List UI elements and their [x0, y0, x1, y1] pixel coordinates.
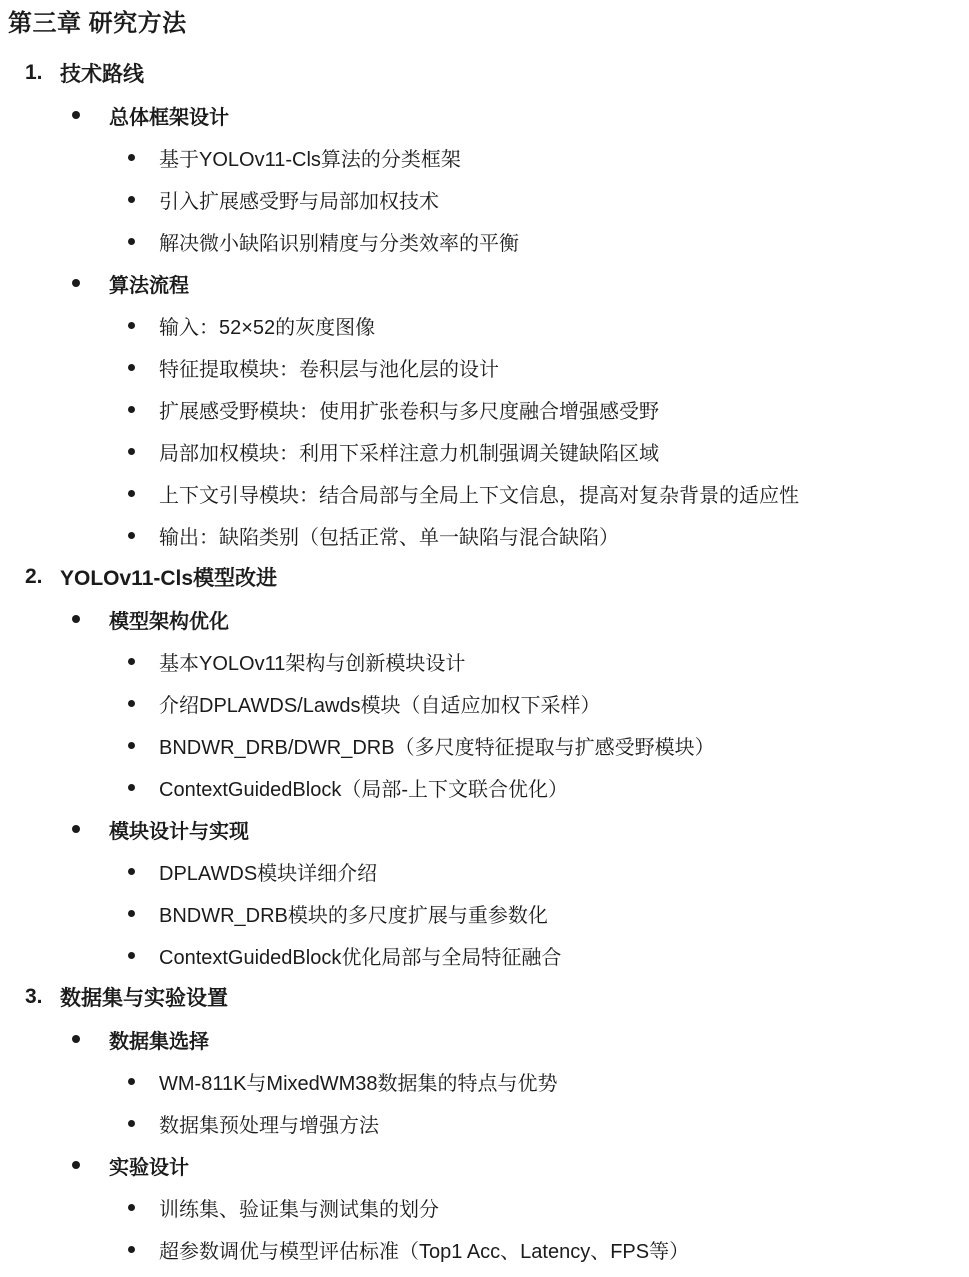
bullet-dot-icon: [128, 742, 135, 749]
outline-item-label: 特征提取模块：卷积层与池化层的设计: [159, 353, 499, 382]
subsection-heading-label: 实验设计: [109, 1151, 189, 1180]
outline-item: 基本YOLOv11架构与创新模块设计: [0, 640, 969, 682]
outline-item-label: DPLAWDS模块详细介绍: [159, 857, 377, 886]
bullet-dot-icon: [128, 238, 135, 245]
section-2-number: 2.: [25, 565, 60, 589]
outline-item-label: 输入：52×52的灰度图像: [159, 311, 375, 340]
outline-item: 扩展感受野模块：使用扩张卷积与多尺度融合增强感受野: [0, 388, 969, 430]
outline-item-label: 数据集预处理与增强方法: [159, 1109, 379, 1138]
subsection-heading-label: 数据集选择: [109, 1025, 209, 1054]
section-3-heading-label: 数据集与实验设置: [60, 982, 228, 1012]
bullet-dot-icon: [128, 532, 135, 539]
bullet-dot-icon: [128, 784, 135, 791]
bullet-dot-icon: [128, 1078, 135, 1085]
outline-item-label: 解决微小缺陷识别精度与分类效率的平衡: [159, 227, 519, 256]
subsection-heading-label: 算法流程: [109, 269, 189, 298]
outline-item-label: 扩展感受野模块：使用扩张卷积与多尺度融合增强感受野: [159, 395, 659, 424]
outline-item-label: 引入扩展感受野与局部加权技术: [159, 185, 439, 214]
outline-item-label: 训练集、验证集与测试集的划分: [159, 1193, 439, 1222]
subsection-heading: 数据集选择: [0, 1018, 969, 1060]
subsection-heading: 模块设计与实现: [0, 808, 969, 850]
outline-item-label: WM-811K与MixedWM38数据集的特点与优势: [159, 1067, 558, 1096]
outline-item-label: BNDWR_DRB/DWR_DRB（多尺度特征提取与扩感受野模块）: [159, 731, 715, 760]
outline-item: 基于YOLOv11-Cls算法的分类框架: [0, 136, 969, 178]
subsection-heading-label: 总体框架设计: [109, 101, 229, 130]
section-3-number: 3.: [25, 985, 60, 1009]
outline-item: 数据集预处理与增强方法: [0, 1102, 969, 1144]
bullet-dot-icon: [128, 490, 135, 497]
subsection-heading: 模型架构优化: [0, 598, 969, 640]
outline-item: 解决微小缺陷识别精度与分类效率的平衡: [0, 220, 969, 262]
outline-item: 输出：缺陷类别（包括正常、单一缺陷与混合缺陷）: [0, 514, 969, 556]
subsection-heading-label: 模型架构优化: [109, 605, 229, 634]
outline-item: 引入扩展感受野与局部加权技术: [0, 178, 969, 220]
outline-item: ContextGuidedBlock优化局部与全局特征融合: [0, 934, 969, 976]
outline-item: ContextGuidedBlock（局部-上下文联合优化）: [0, 766, 969, 808]
bullet-dot-icon: [128, 910, 135, 917]
bullet-dot-icon: [128, 952, 135, 959]
bullet-dot-icon: [128, 1246, 135, 1253]
bullet-dot-icon: [128, 154, 135, 161]
outline-item-label: BNDWR_DRB模块的多尺度扩展与重参数化: [159, 899, 548, 928]
outline-item: 介绍DPLAWDS/Lawds模块（自适应加权下采样）: [0, 682, 969, 724]
outline-item: 训练集、验证集与测试集的划分: [0, 1186, 969, 1228]
outline-item: 输入：52×52的灰度图像: [0, 304, 969, 346]
outline-item: BNDWR_DRB/DWR_DRB（多尺度特征提取与扩感受野模块）: [0, 724, 969, 766]
subsection-heading: 总体框架设计: [0, 94, 969, 136]
outline-item-label: ContextGuidedBlock优化局部与全局特征融合: [159, 941, 561, 970]
bullet-dot-icon: [128, 868, 135, 875]
section-1-heading-label: 技术路线: [60, 58, 144, 88]
outline-item-label: 超参数调优与模型评估标准（Top1 Acc、Latency、FPS等）: [159, 1235, 689, 1264]
subsection-heading: 实验设计: [0, 1144, 969, 1186]
bullet-dot-icon: [128, 406, 135, 413]
outline-item: 特征提取模块：卷积层与池化层的设计: [0, 346, 969, 388]
outline-item-label: ContextGuidedBlock（局部-上下文联合优化）: [159, 773, 568, 802]
bullet-dot-icon: [128, 448, 135, 455]
bullet-dot-icon: [128, 196, 135, 203]
outline-item: 超参数调优与模型评估标准（Top1 Acc、Latency、FPS等）: [0, 1228, 969, 1270]
bullet-dot-icon: [128, 1204, 135, 1211]
outline-item: DPLAWDS模块详细介绍: [0, 850, 969, 892]
section-1-number: 1.: [25, 61, 60, 85]
bullet-dot-icon: [72, 279, 80, 287]
bullet-dot-icon: [128, 364, 135, 371]
outline-item: 局部加权模块：利用下采样注意力机制强调关键缺陷区域: [0, 430, 969, 472]
outline-item-label: 介绍DPLAWDS/Lawds模块（自适应加权下采样）: [159, 689, 601, 718]
outline-item-label: 基于YOLOv11-Cls算法的分类框架: [159, 143, 461, 172]
bullet-dot-icon: [72, 1035, 80, 1043]
section-2-heading-label: YOLOv11-Cls模型改进: [60, 562, 277, 592]
bullet-dot-icon: [128, 658, 135, 665]
chapter-title: 第三章 研究方法: [8, 6, 969, 42]
bullet-dot-icon: [72, 615, 80, 623]
subsection-heading: 算法流程: [0, 262, 969, 304]
bullet-dot-icon: [128, 322, 135, 329]
section-3-heading: 3. 数据集与实验设置: [0, 976, 969, 1018]
bullet-dot-icon: [72, 1161, 80, 1169]
bullet-dot-icon: [72, 825, 80, 833]
outline-item-label: 上下文引导模块：结合局部与全局上下文信息，提高对复杂背景的适应性: [159, 479, 799, 508]
outline-item: 上下文引导模块：结合局部与全局上下文信息，提高对复杂背景的适应性: [0, 472, 969, 514]
outline-item: WM-811K与MixedWM38数据集的特点与优势: [0, 1060, 969, 1102]
outline-item-label: 基本YOLOv11架构与创新模块设计: [159, 647, 465, 676]
subsection-heading-label: 模块设计与实现: [109, 815, 249, 844]
outline-item-label: 输出：缺陷类别（包括正常、单一缺陷与混合缺陷）: [159, 521, 619, 550]
bullet-dot-icon: [128, 1120, 135, 1127]
document-outline: 第三章 研究方法 1. 技术路线 总体框架设计 基于YOLOv11-Cls算法的…: [0, 0, 969, 1270]
bullet-dot-icon: [128, 700, 135, 707]
section-2-heading: 2. YOLOv11-Cls模型改进: [0, 556, 969, 598]
outline-item: BNDWR_DRB模块的多尺度扩展与重参数化: [0, 892, 969, 934]
section-1-heading: 1. 技术路线: [0, 52, 969, 94]
outline-item-label: 局部加权模块：利用下采样注意力机制强调关键缺陷区域: [159, 437, 659, 466]
bullet-dot-icon: [72, 111, 80, 119]
